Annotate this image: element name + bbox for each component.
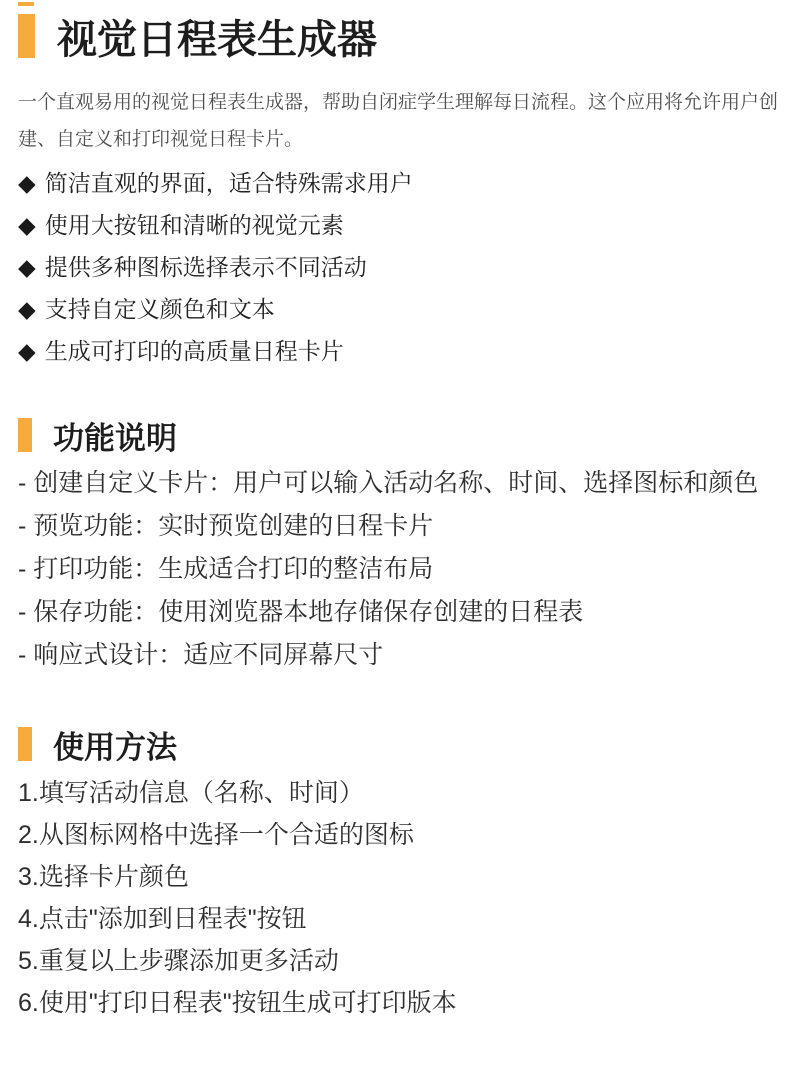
title-accent-bar [18, 14, 35, 58]
feature-item: ◆支持自定义颜色和文本 [18, 288, 782, 330]
section-header: 功能说明 [18, 418, 782, 452]
feature-text: 使用大按钮和清晰的视觉元素 [45, 212, 344, 238]
usage-step: 2.从图标网格中选择一个合适的图标 [18, 814, 782, 856]
usage-step: 6.使用"打印日程表"按钮生成可打印版本 [18, 982, 782, 1024]
function-item: - 创建自定义卡片：用户可以输入活动名称、时间、选择图标和颜色 [18, 462, 782, 505]
feature-text: 支持自定义颜色和文本 [45, 296, 275, 322]
feature-item: ◆提供多种图标选择表示不同活动 [18, 246, 782, 288]
section-title: 功能说明 [53, 413, 177, 458]
diamond-bullet-icon: ◆ [18, 170, 36, 196]
usage-step: 4.点击"添加到日程表"按钮 [18, 898, 782, 940]
section-usage: 使用方法 1.填写活动信息（名称、时间） 2.从图标网格中选择一个合适的图标 3… [18, 727, 782, 1024]
section-accent-bar [18, 418, 32, 452]
diamond-bullet-icon: ◆ [18, 254, 36, 280]
feature-text: 简洁直观的界面，适合特殊需求用户 [45, 170, 413, 196]
diamond-bullet-icon: ◆ [18, 296, 36, 322]
feature-text: 提供多种图标选择表示不同活动 [45, 254, 367, 280]
function-item: - 保存功能：使用浏览器本地存储保存创建的日程表 [18, 591, 782, 634]
function-item: - 打印功能：生成适合打印的整洁布局 [18, 548, 782, 591]
function-list: - 创建自定义卡片：用户可以输入活动名称、时间、选择图标和颜色 - 预览功能：实… [18, 462, 782, 677]
feature-text: 生成可打印的高质量日程卡片 [45, 338, 344, 364]
section-accent-bar [18, 727, 32, 761]
schedule-generator-doc: 视觉日程表生成器 一个直观易用的视觉日程表生成器，帮助自闭症学生理解每日流程。这… [0, 14, 800, 1024]
diamond-bullet-icon: ◆ [18, 212, 36, 238]
usage-steps-list: 1.填写活动信息（名称、时间） 2.从图标网格中选择一个合适的图标 3.选择卡片… [18, 772, 782, 1024]
accent-bar-top-sliver [18, 2, 34, 6]
feature-item: ◆简洁直观的界面，适合特殊需求用户 [18, 162, 782, 204]
section-header: 使用方法 [18, 727, 782, 761]
function-item: - 预览功能：实时预览创建的日程卡片 [18, 505, 782, 548]
intro-paragraph: 一个直观易用的视觉日程表生成器，帮助自闭症学生理解每日流程。这个应用将允许用户创… [18, 84, 782, 158]
page-title: 视觉日程表生成器 [57, 8, 377, 65]
feature-item: ◆使用大按钮和清晰的视觉元素 [18, 204, 782, 246]
feature-list: ◆简洁直观的界面，适合特殊需求用户 ◆使用大按钮和清晰的视觉元素 ◆提供多种图标… [18, 162, 782, 372]
section-title: 使用方法 [53, 722, 177, 767]
feature-item: ◆生成可打印的高质量日程卡片 [18, 330, 782, 372]
page-header: 视觉日程表生成器 [18, 14, 782, 58]
usage-step: 5.重复以上步骤添加更多活动 [18, 940, 782, 982]
function-item: - 响应式设计：适应不同屏幕尺寸 [18, 634, 782, 677]
section-features-description: 功能说明 - 创建自定义卡片：用户可以输入活动名称、时间、选择图标和颜色 - 预… [18, 418, 782, 677]
usage-step: 3.选择卡片颜色 [18, 856, 782, 898]
diamond-bullet-icon: ◆ [18, 338, 36, 364]
usage-step: 1.填写活动信息（名称、时间） [18, 772, 782, 814]
